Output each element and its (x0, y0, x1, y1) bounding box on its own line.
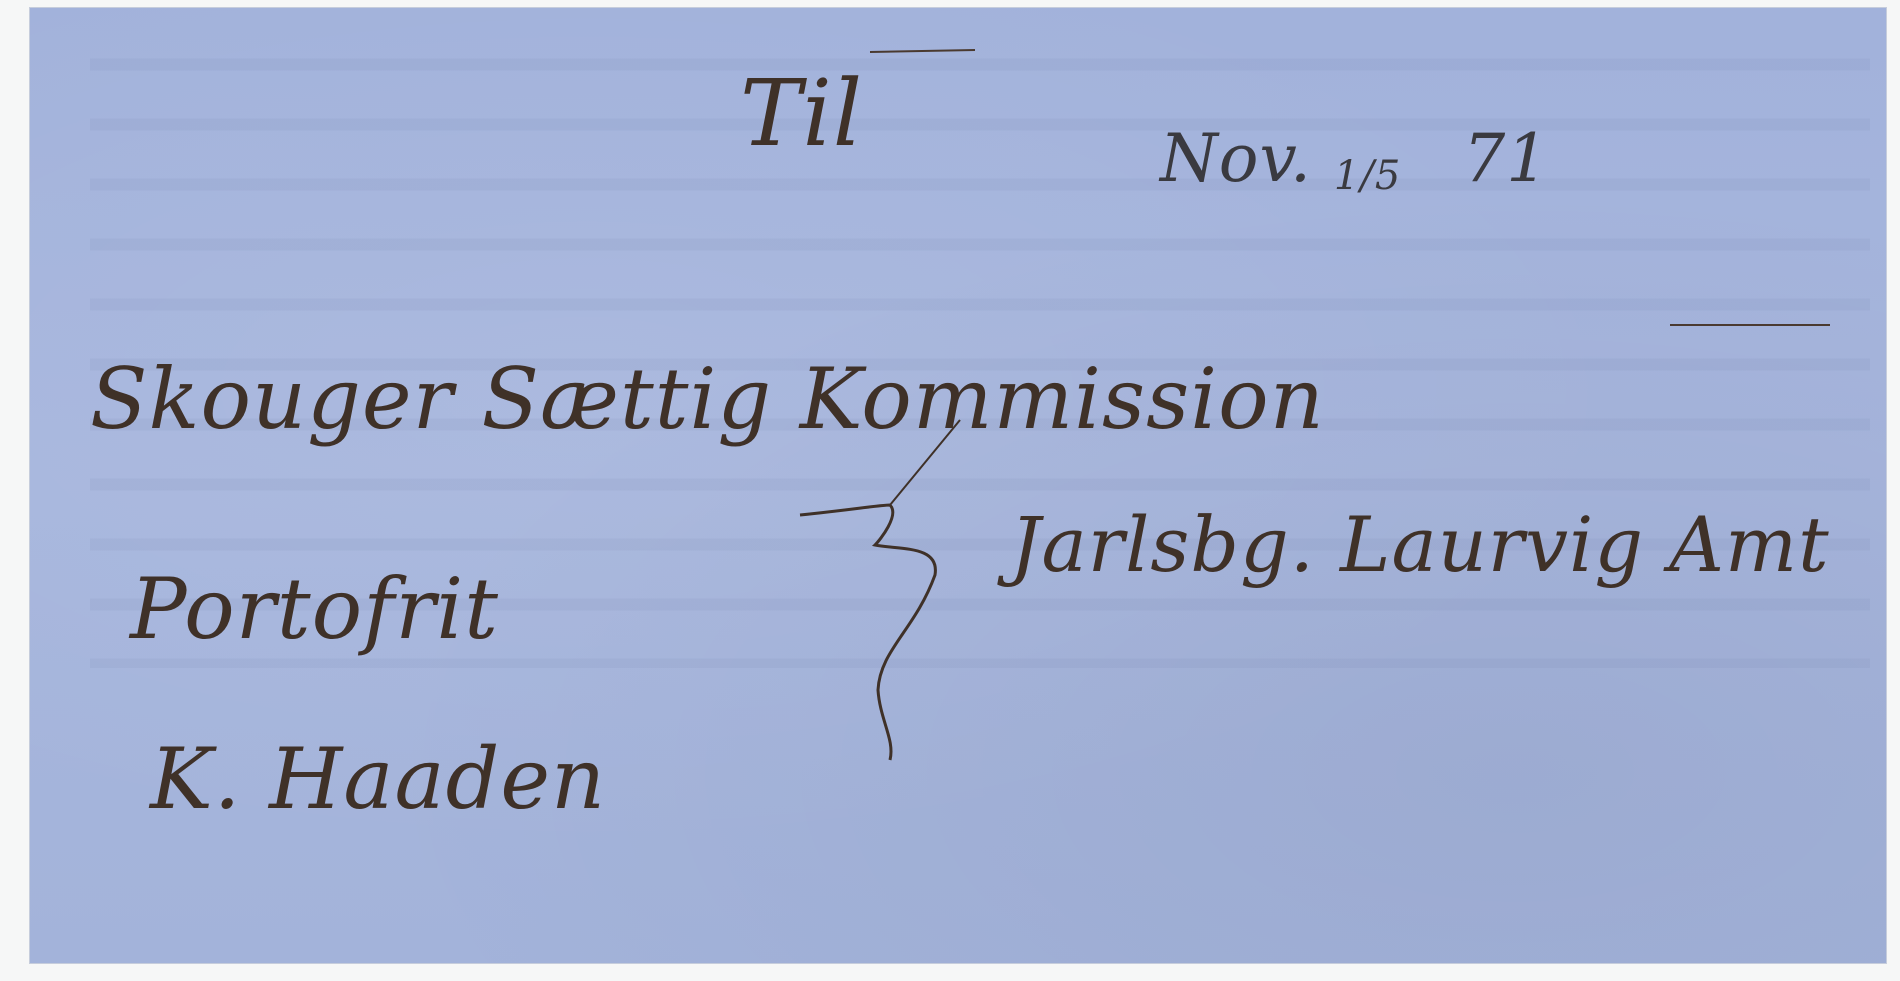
signature: K. Haaden (150, 730, 606, 828)
to-label: Til (740, 60, 863, 167)
scanned-document: Til Nov. 1/5 71 Skouger Sættig Kommissio… (0, 0, 1900, 981)
date: Nov. 1/5 71 (1160, 120, 1549, 199)
postage-note: Portofrit (130, 560, 499, 658)
recipient: Skouger Sættig Kommission (90, 350, 1325, 448)
recipient-underline (1670, 324, 1830, 326)
date-month: Nov. (1160, 120, 1312, 197)
date-day: 1/5 (1334, 153, 1401, 199)
recipient-name: Skouger Sættig Kommission (90, 350, 1325, 448)
date-year: 71 (1463, 120, 1549, 197)
district: Jarlsbg. Laurvig Amt (1010, 500, 1830, 589)
